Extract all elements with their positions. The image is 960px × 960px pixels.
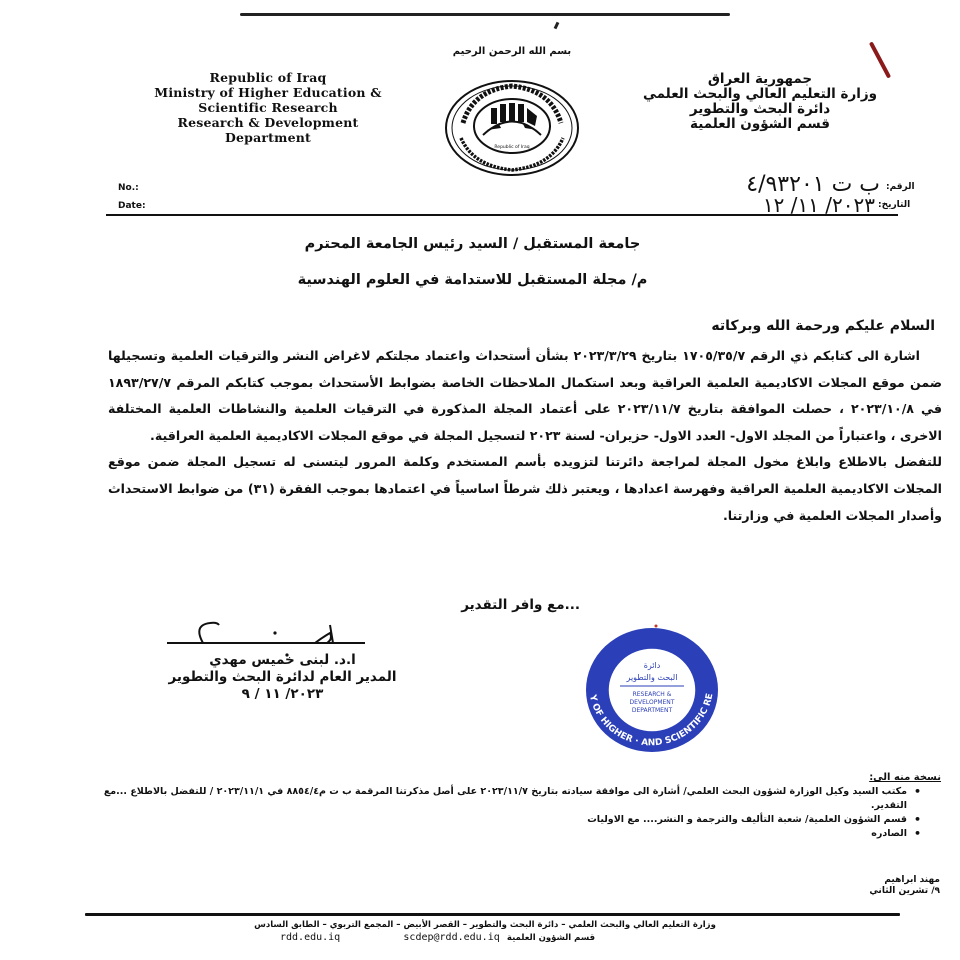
website-link[interactable]: rdd.edu.iq <box>280 932 340 943</box>
letterhead-line: قسم الشؤون العلمية <box>640 117 880 132</box>
signatory-title: المدير العام لدائرة البحث والتطوير <box>140 669 425 686</box>
footer-address: وزارة التعليم العالي والبحث العلمي – دائ… <box>185 920 785 930</box>
email-link[interactable]: scdep@rdd.edu.iq <box>403 932 499 943</box>
letterhead-line: وزارة التعليم العالي والبحث العلمي <box>640 87 880 102</box>
number-label: No.: <box>118 183 139 193</box>
closing-remark: ...مع وافر التقدير <box>400 597 580 613</box>
carbon-copy-block: نسخة منه الى: مكتب السيد وكيل الوزارة لش… <box>100 771 943 841</box>
ref-label-arabic: الرقم: <box>886 182 915 192</box>
date-label-arabic: التاريخ: <box>878 200 910 210</box>
official-stamp-icon: MINISTRY OF HIGHER · AND SCIENTIFIC RESE… <box>560 618 740 768</box>
footer-contact: rdd.edu.iq scdep@rdd.edu.iq قسم الشؤون ا… <box>280 932 700 943</box>
typist-initials: مهند ابراهيم ٩/ تشرين الثاني <box>810 875 940 897</box>
addressee: جامعة المستقبل / السيد رئيس الجامعة المح… <box>250 236 695 252</box>
letterhead-line: Department <box>118 130 418 145</box>
basmala: بسم الله الرحمن الرحيم <box>452 46 572 57</box>
svg-text:دائرة: دائرة <box>644 661 661 670</box>
svg-text:Republic of Iraq: Republic of Iraq <box>494 144 529 150</box>
header-divider <box>106 214 898 216</box>
ministry-logo-icon: Republic of Iraq <box>443 78 581 178</box>
signatory-block: ا.د. لبنى خميس مهدي المدير العام لدائرة … <box>140 652 425 703</box>
letterhead-line: Republic of Iraq <box>118 70 418 85</box>
letter-body: اشارة الى كتابكم ذي الرقم ١٧٠٥/٣٥/٧ بتار… <box>108 343 942 529</box>
signatory-name: ا.د. لبنى خميس مهدي <box>140 652 425 669</box>
body-paragraph: اشارة الى كتابكم ذي الرقم ١٧٠٥/٣٥/٧ بتار… <box>108 343 942 449</box>
cc-title: نسخة منه الى: <box>100 771 943 785</box>
footer-department: قسم الشؤون العلمية <box>507 933 595 943</box>
arabic-letterhead: جمهورية العراق وزارة التعليم العالي والب… <box>640 72 880 132</box>
body-paragraph: للتفضل بالاطلاع وابلاغ مخول المجلة لمراج… <box>108 449 942 529</box>
cc-item: مكتب السيد وكيل الوزارة لشؤون البحث العل… <box>100 785 921 813</box>
letterhead-line: Ministry of Higher Education & <box>118 85 418 100</box>
svg-text:البحث والتطوير: البحث والتطوير <box>626 673 678 682</box>
typist-date: ٩/ تشرين الثاني <box>810 886 940 897</box>
subject-line: م/ مجلة المستقبل للاستدامة في العلوم اله… <box>250 272 695 288</box>
top-scan-mark <box>554 22 560 30</box>
english-letterhead: Republic of Iraq Ministry of Higher Educ… <box>118 70 418 145</box>
letterhead-line: Scientific Research <box>118 100 418 115</box>
cc-item: قسم الشؤون العلمية/ شعبة التأليف والترجم… <box>100 813 921 827</box>
letterhead-line: جمهورية العراق <box>640 72 880 87</box>
footer-divider <box>85 913 900 916</box>
typist-name: مهند ابراهيم <box>810 875 940 886</box>
greeting: السلام عليكم ورحمة الله وبركاته <box>560 318 935 334</box>
svg-text:DEVELOPMENT: DEVELOPMENT <box>630 699 675 706</box>
signature-date: ٢٠٢٣/ ١١ / ٩ <box>140 686 425 703</box>
cc-item: الصادره <box>100 827 921 841</box>
letterhead-line: دائرة البحث والتطوير <box>640 102 880 117</box>
top-scan-line <box>240 13 730 16</box>
cc-list: مكتب السيد وكيل الوزارة لشؤون البحث العل… <box>100 785 943 841</box>
svg-text:DEPARTMENT: DEPARTMENT <box>632 707 673 714</box>
svg-text:RESEARCH &: RESEARCH & <box>633 691 672 698</box>
date-label: Date: <box>118 201 146 211</box>
letterhead-line: Research & Development <box>118 115 418 130</box>
